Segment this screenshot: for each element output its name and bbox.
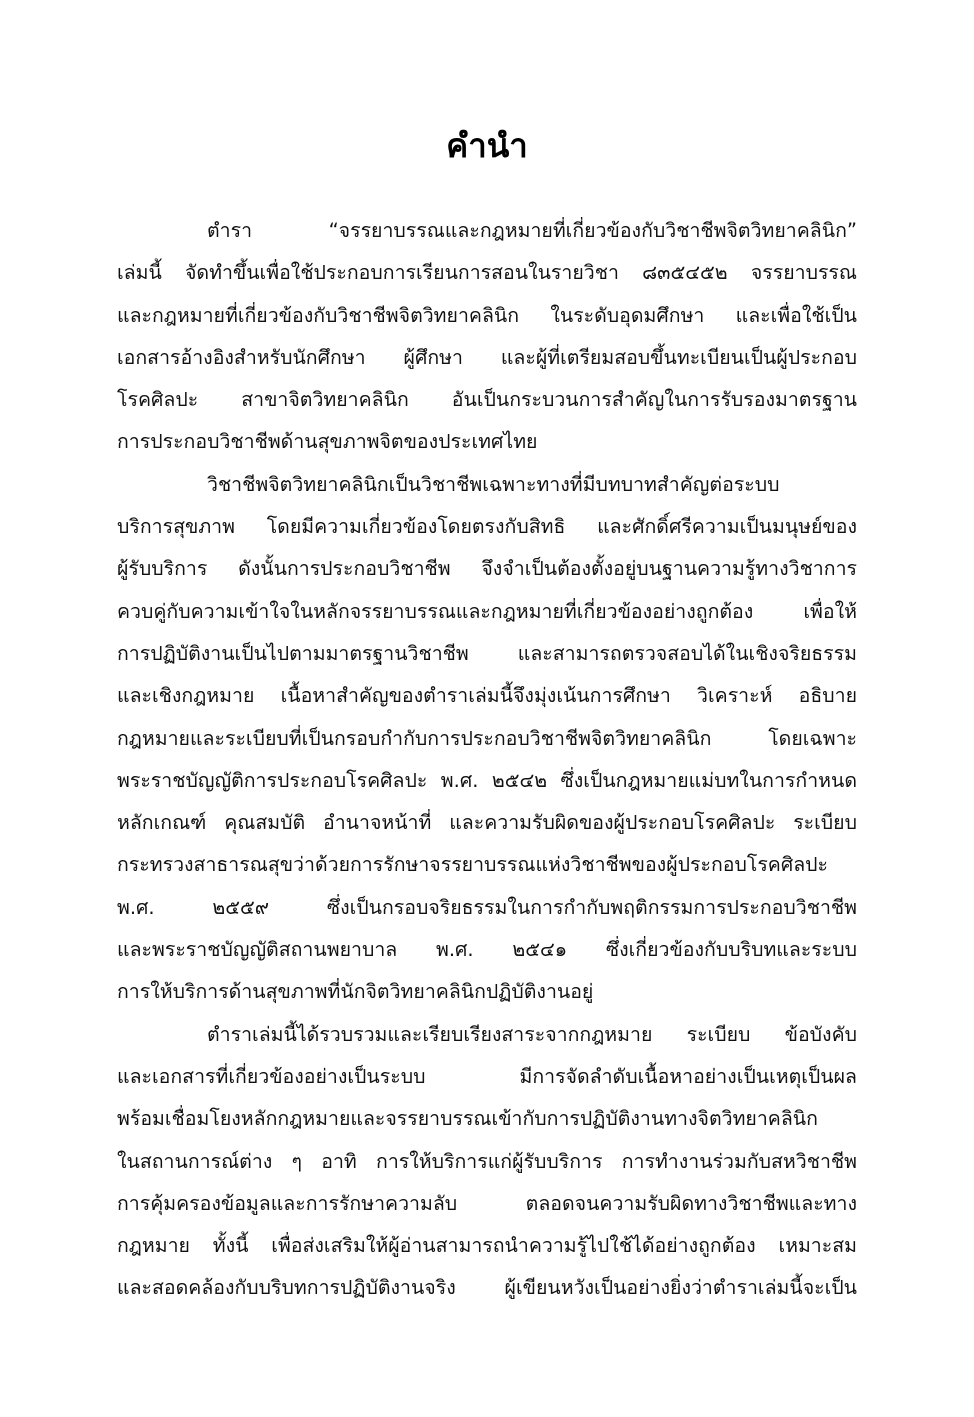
text-line: และกฎหมายที่เกี่ยวข้องกับวิชาชีพจิตวิทยา…: [117, 295, 857, 337]
text-line: เล่มนี้ จัดทำขึ้นเพื่อใช้ประกอบการเรียนก…: [117, 252, 857, 294]
preface-body: ตำรา “จรรยาบรรณและกฎหมายที่เกี่ยวข้องกับ…: [117, 210, 857, 1310]
text-line: ตำราเล่มนี้ได้รวบรวมและเรียบเรียงสาระจาก…: [117, 1014, 857, 1056]
text-line: การประกอบวิชาชีพด้านสุขภาพจิตของประเทศไท…: [117, 421, 857, 463]
text-line: กฎหมายและระเบียบที่เป็นกรอบกำกับการประกอ…: [117, 718, 857, 760]
text-line: พ.ศ. ๒๕๕๙ ซึ่งเป็นกรอบจริยธรรมในการกำกับ…: [117, 887, 857, 929]
text-line: กฎหมาย ทั้งนี้ เพื่อส่งเสริมให้ผู้อ่านสา…: [117, 1225, 857, 1267]
text-line: และสอดคล้องกับบริบทการปฏิบัติงานจริง ผู้…: [117, 1267, 857, 1309]
text-line: ควบคู่กับความเข้าใจในหลักจรรยาบรรณและกฎห…: [117, 591, 857, 633]
text-line: การปฏิบัติงานเป็นไปตามมาตรฐานวิชาชีพ และ…: [117, 633, 857, 675]
paragraph-1: ตำรา “จรรยาบรรณและกฎหมายที่เกี่ยวข้องกับ…: [117, 210, 857, 464]
text-line: พร้อมเชื่อมโยงหลักกฎหมายและจรรยาบรรณเข้า…: [117, 1098, 857, 1140]
text-line: บริการสุขภาพ โดยมีความเกี่ยวข้องโดยตรงกั…: [117, 506, 857, 548]
text-line: ตำรา “จรรยาบรรณและกฎหมายที่เกี่ยวข้องกับ…: [117, 210, 857, 252]
text-line: กระทรวงสาธารณสุขว่าด้วยการรักษาจรรยาบรรณ…: [117, 844, 857, 886]
paragraph-2: วิชาชีพจิตวิทยาคลินิกเป็นวิชาชีพเฉพาะทาง…: [117, 464, 857, 1014]
text-line: ผู้รับบริการ ดังนั้นการประกอบวิชาชีพ จึง…: [117, 548, 857, 590]
page-title: คำนำ: [0, 122, 974, 170]
text-line: หลักเกณฑ์ คุณสมบัติ อำนาจหน้าที่ และความ…: [117, 802, 857, 844]
text-line: การให้บริการด้านสุขภาพที่นักจิตวิทยาคลิน…: [117, 971, 857, 1013]
text-line: ในสถานการณ์ต่าง ๆ อาทิ การให้บริการแก่ผู…: [117, 1141, 857, 1183]
text-line: โรคศิลปะ สาขาจิตวิทยาคลินิก อันเป็นกระบว…: [117, 379, 857, 421]
text-line: เอกสารอ้างอิงสำหรับนักศึกษา ผู้ศึกษา และ…: [117, 337, 857, 379]
text-line: วิชาชีพจิตวิทยาคลินิกเป็นวิชาชีพเฉพาะทาง…: [117, 464, 857, 506]
text-line: พระราชบัญญัติการประกอบโรคศิลปะ พ.ศ. ๒๕๔๒…: [117, 760, 857, 802]
text-line: การคุ้มครองข้อมูลและการรักษาความลับ ตลอด…: [117, 1183, 857, 1225]
text-line: และพระราชบัญญัติสถานพยาบาล พ.ศ. ๒๕๔๑ ซึ่…: [117, 929, 857, 971]
paragraph-3: ตำราเล่มนี้ได้รวบรวมและเรียบเรียงสาระจาก…: [117, 1014, 857, 1310]
text-line: และเชิงกฎหมาย เนื้อหาสำคัญของตำราเล่มนี้…: [117, 675, 857, 717]
text-line: และเอกสารที่เกี่ยวข้องอย่างเป็นระบบ มีกา…: [117, 1056, 857, 1098]
document-page: คำนำ ตำรา “จรรยาบรรณและกฎหมายที่เกี่ยวข้…: [0, 0, 974, 1417]
